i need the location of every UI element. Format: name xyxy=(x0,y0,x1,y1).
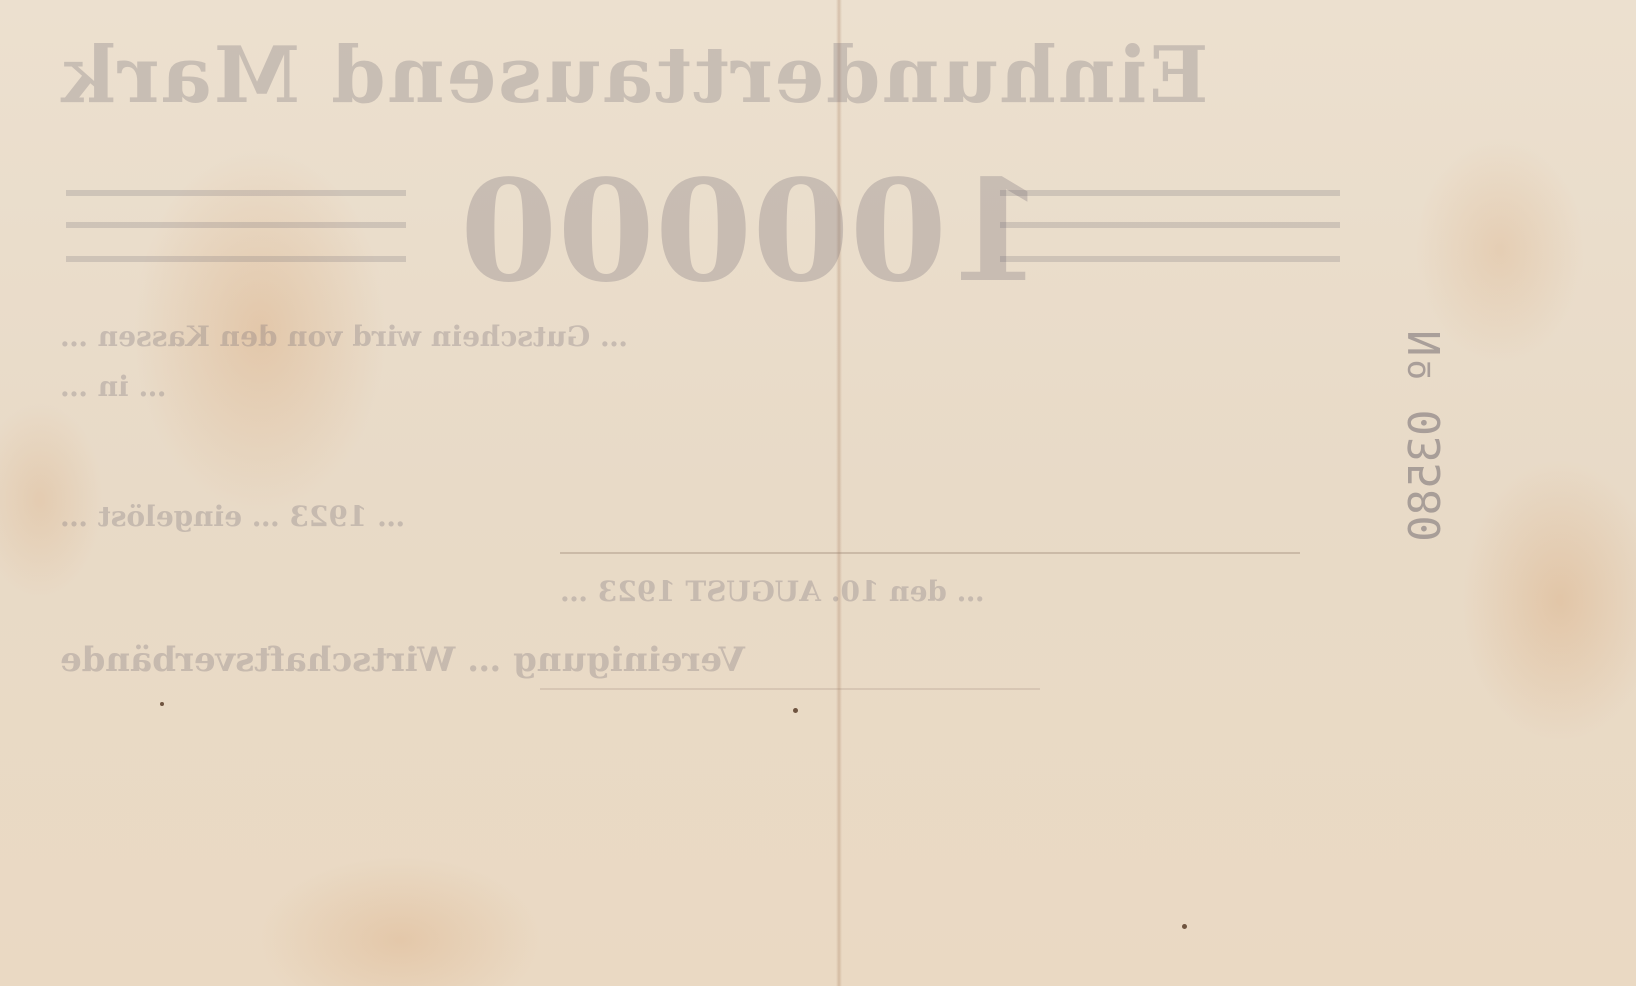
ghost-line: Vereinigung … Wirtschaftsverbände xyxy=(60,640,745,680)
ornament-rule xyxy=(1000,190,1340,196)
ghost-line: … den 10. AUGUST 1923 … xyxy=(560,575,985,608)
ink-spot xyxy=(160,702,164,706)
ornament-rule xyxy=(1000,222,1340,228)
banknote-reverse: Einhunderttausend Mark 100000 … Gutschei… xyxy=(0,0,1636,986)
ornament-rule xyxy=(1000,256,1340,262)
ornament-rule xyxy=(66,222,406,228)
ornament-rule xyxy=(66,256,406,262)
ghost-line: … 1923 … eingelöst … xyxy=(60,500,405,533)
ink-spot xyxy=(1182,924,1187,929)
ghost-title: Einhunderttausend Mark xyxy=(60,30,1208,121)
horizontal-crease xyxy=(540,688,1040,690)
horizontal-crease xyxy=(560,552,1300,554)
vertical-fold xyxy=(836,0,842,986)
ghost-line: … Gutschein wird von den Kassen … xyxy=(60,320,628,353)
ghost-amount: 100000 xyxy=(460,150,1044,314)
serial-number: Nº 03580 xyxy=(1400,330,1451,542)
ghost-line: … in … xyxy=(60,370,167,403)
ornament-rule xyxy=(66,190,406,196)
ink-spot xyxy=(793,708,798,713)
